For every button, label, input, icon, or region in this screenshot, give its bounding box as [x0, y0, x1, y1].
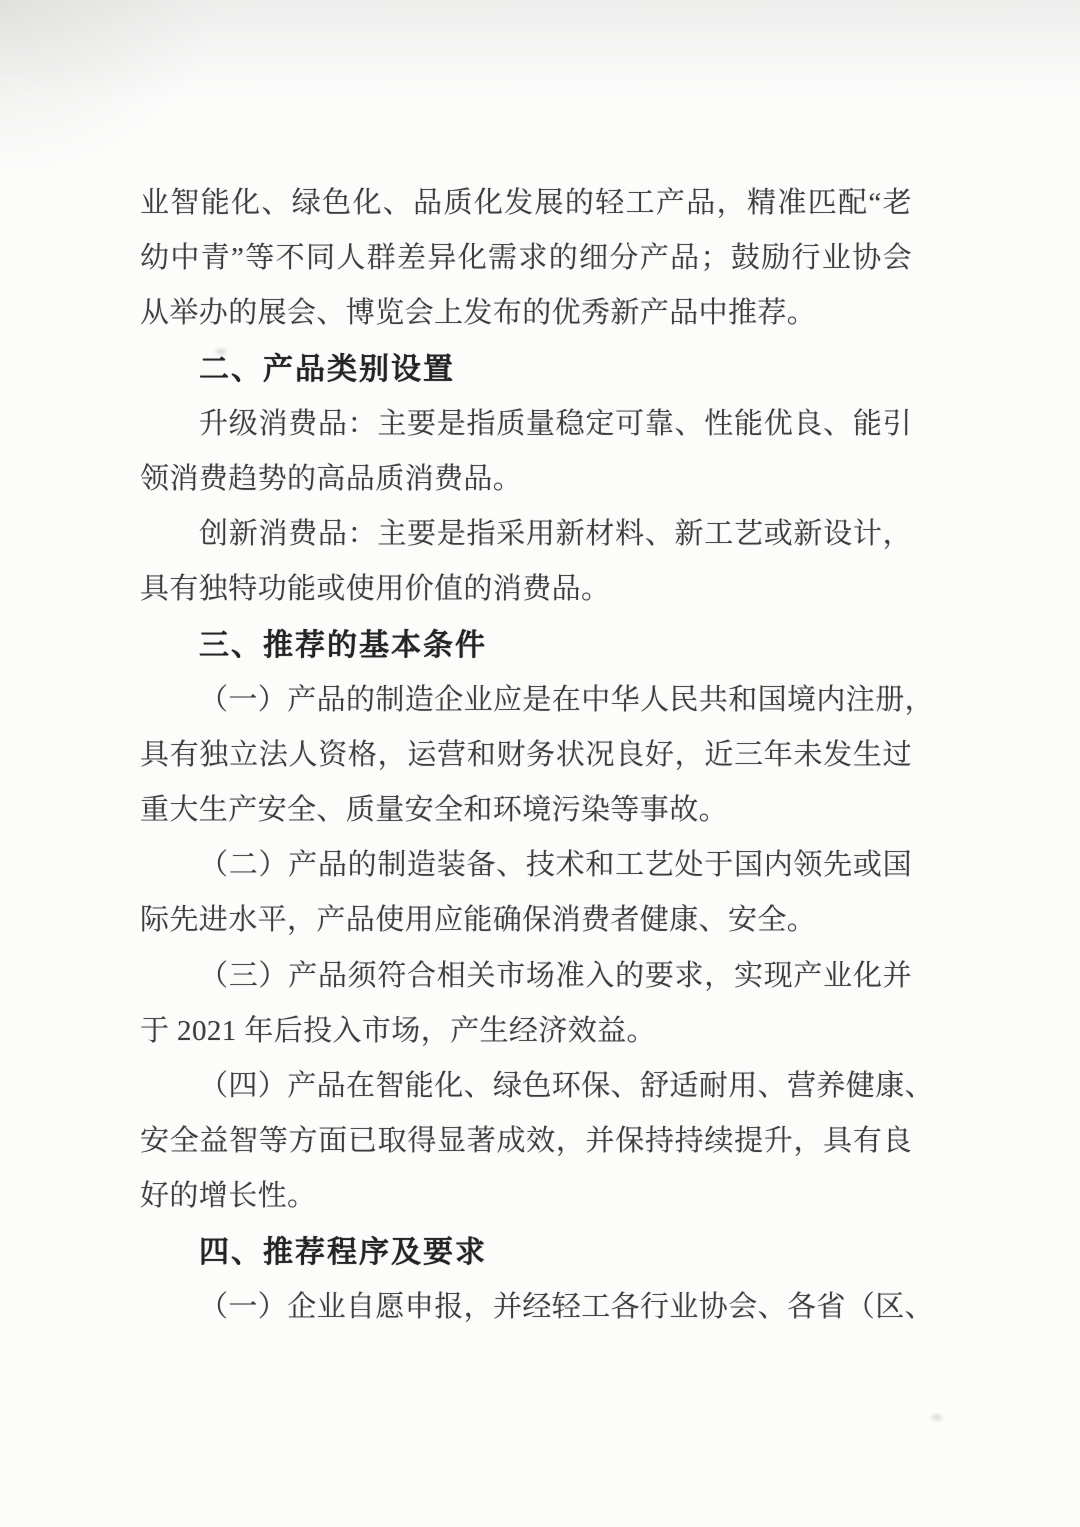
scan-corner-shading [0, 0, 220, 180]
text-line: 具有独特功能或使用价值的消费品。 [140, 562, 912, 617]
text-line: 安全益智等方面已取得显著成效，并保持持续提升，具有良 [140, 1114, 912, 1169]
text-line: 际先进水平，产品使用应能确保消费者健康、安全。 [140, 893, 912, 948]
text-line: 升级消费品：主要是指质量稳定可靠、性能优良、能引 [140, 397, 912, 452]
text-line: 幼中青”等不同人群差异化需求的细分产品；鼓励行业协会 [140, 231, 912, 286]
text-line: 具有独立法人资格，运营和财务状况良好，近三年未发生过 [140, 728, 912, 783]
document-text-block: 业智能化、绿色化、品质化发展的轻工产品，精准匹配“老幼中青”等不同人群差异化需求… [140, 176, 912, 1335]
text-line: （一）企业自愿申报，并经轻工各行业协会、各省（区、 [140, 1280, 912, 1335]
text-line: 好的增长性。 [140, 1169, 912, 1224]
scanned-document-page: 业智能化、绿色化、品质化发展的轻工产品，精准匹配“老幼中青”等不同人群差异化需求… [0, 0, 1080, 1527]
text-line: 重大生产安全、质量安全和环境污染等事故。 [140, 783, 912, 838]
section-heading: 四、推荐程序及要求 [140, 1225, 912, 1280]
text-line: （四）产品在智能化、绿色环保、舒适耐用、营养健康、 [140, 1059, 912, 1114]
section-heading: 二、产品类别设置 [140, 342, 912, 397]
text-line: 领消费趋势的高品质消费品。 [140, 452, 912, 507]
text-line: （三）产品须符合相关市场准入的要求，实现产业化并 [140, 949, 912, 1004]
text-line: 于 2021 年后投入市场，产生经济效益。 [140, 1004, 912, 1059]
scan-smudge [929, 1412, 945, 1423]
text-line: （一）产品的制造企业应是在中华人民共和国境内注册， [140, 673, 912, 728]
text-line: （二）产品的制造装备、技术和工艺处于国内领先或国 [140, 838, 912, 893]
section-heading: 三、推荐的基本条件 [140, 618, 912, 673]
scan-top-shading [0, 0, 1080, 100]
text-line: 业智能化、绿色化、品质化发展的轻工产品，精准匹配“老 [140, 176, 912, 231]
text-line: 创新消费品：主要是指采用新材料、新工艺或新设计， [140, 507, 912, 562]
text-line: 从举办的展会、博览会上发布的优秀新产品中推荐。 [140, 286, 912, 341]
